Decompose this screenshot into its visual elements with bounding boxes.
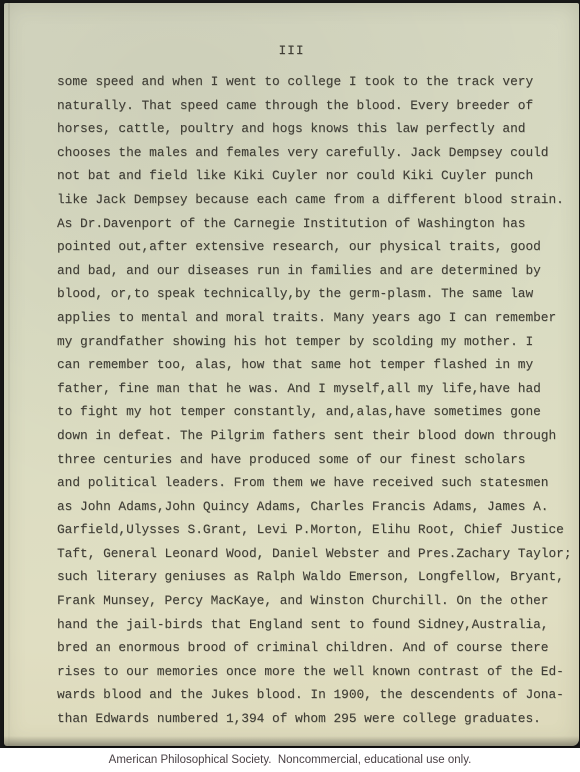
typed-line: some speed and when I went to college I … <box>57 70 547 94</box>
typed-line: Taft, General Leonard Wood, Daniel Webst… <box>57 542 547 566</box>
typed-line: applies to mental and moral traits. Many… <box>57 306 547 330</box>
attribution-bar: American Philosophical Society. Noncomme… <box>0 748 580 772</box>
typed-line: can remember too, alas, how that same ho… <box>57 353 547 377</box>
typed-line: pointed out,after extensive research, ou… <box>57 235 547 259</box>
typed-line: horses, cattle, poultry and hogs knows t… <box>57 117 547 141</box>
typed-line: not bat and field like Kiki Cuyler nor c… <box>57 164 547 188</box>
typed-line: blood, or,to speak technically,by the ge… <box>57 282 547 306</box>
typed-line: Garfield,Ulysses S.Grant, Levi P.Morton,… <box>57 518 547 542</box>
typed-line: naturally. That speed came through the b… <box>57 94 547 118</box>
typed-line: chooses the males and females very caref… <box>57 141 547 165</box>
typed-line: Frank Munsey, Percy MacKaye, and Winston… <box>57 589 547 613</box>
typed-line: such literary geniuses as Ralph Waldo Em… <box>57 565 547 589</box>
typed-line: like Jack Dempsey because each came from… <box>57 188 547 212</box>
typed-line: down in defeat. The Pilgrim fathers sent… <box>57 424 547 448</box>
typed-line: rises to our memories once more the well… <box>57 660 547 684</box>
typed-line: As Dr.Davenport of the Carnegie Institut… <box>57 212 547 236</box>
typed-line: and political leaders. From them we have… <box>57 471 547 495</box>
typed-line: father, fine man that he was. And I myse… <box>57 377 547 401</box>
attribution-caption: American Philosophical Society. Noncomme… <box>109 754 472 766</box>
typed-line: hand the jail-birds that England sent to… <box>57 613 547 637</box>
typed-lines: some speed and when I went to college I … <box>57 70 547 731</box>
scanned-document-view: III some speed and when I went to colleg… <box>0 0 580 772</box>
typed-line: as John Adams,John Quincy Adams, Charles… <box>57 495 547 519</box>
page-number: III <box>4 43 579 58</box>
typed-line: my grandfather showing his hot temper by… <box>57 330 547 354</box>
typed-line: bred an enormous brood of criminal child… <box>57 636 547 660</box>
document-page: III some speed and when I went to colleg… <box>4 3 579 746</box>
typed-line: wards blood and the Jukes blood. In 1900… <box>57 683 547 707</box>
typed-line: to fight my hot temper constantly, and,a… <box>57 400 547 424</box>
typed-line: three centuries and have produced some o… <box>57 448 547 472</box>
typed-line: and bad, and our diseases run in familie… <box>57 259 547 283</box>
typed-line: than Edwards numbered 1,394 of whom 295 … <box>57 707 547 731</box>
